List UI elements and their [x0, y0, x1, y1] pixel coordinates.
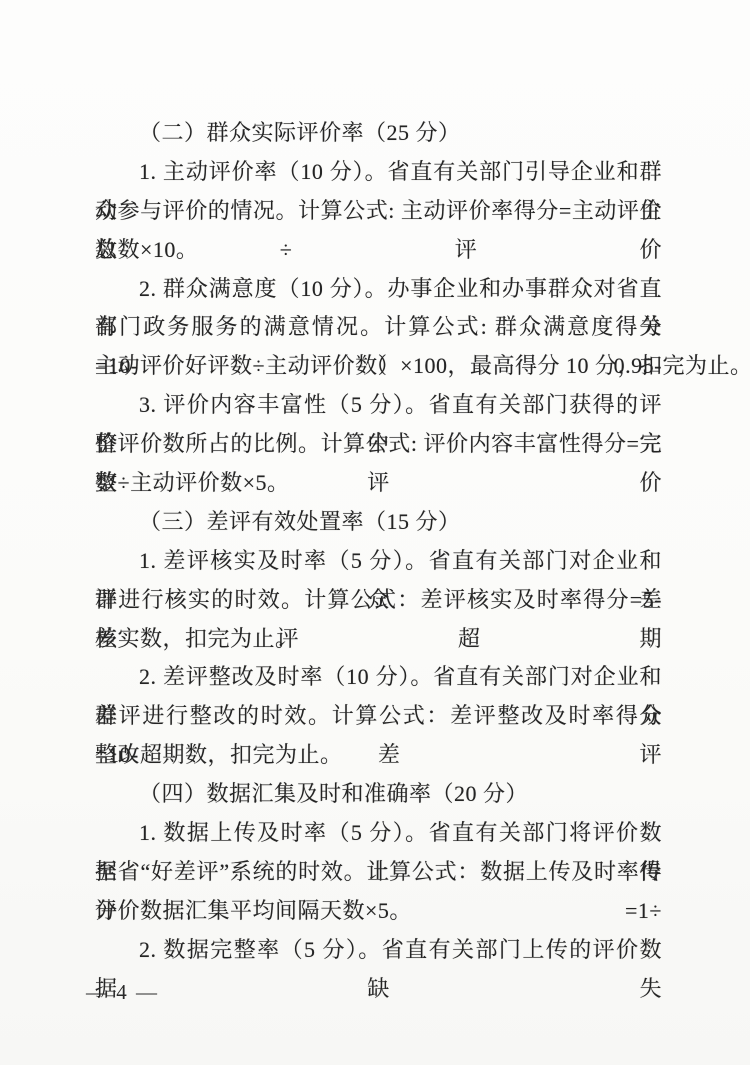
item-1-active-evaluation-rate-line-1: 1. 主动评价率（10 分）。省直有关部门引导企业和群众主 [95, 153, 662, 192]
section-4-heading: （四）数据汇集及时和准确率（20 分） [95, 775, 662, 814]
item-3-evaluation-content-richness-line-1: 3. 评价内容丰富性（5 分）。省直有关部门获得的评价中完 [95, 386, 662, 425]
item-1-active-evaluation-rate-line-2: 动参与评价的情况。计算公式: 主动评价率得分=主动评价数÷评价 [95, 192, 662, 231]
item-2-data-completeness-rate-line-1: 2. 数据完整率（5 分）。省直有关部门上传的评价数据缺失 [95, 931, 662, 970]
page-footer: — 4 — [86, 980, 159, 1005]
document-body: （二）群众实际评价率（25 分）1. 主动评价率（10 分）。省直有关部门引导企… [95, 114, 662, 970]
item-1-bad-review-verification-rate-line-2: 评进行核实的时效。计算公式：差评核实及时率得分=5-差评超期 [95, 581, 662, 620]
section-3-heading: （三）差评有效处置率（15 分） [95, 503, 662, 542]
item-2-bad-review-rectification-rate-line-1: 2. 差评整改及时率（10 分）。省直有关部门对企业和群众 [95, 658, 662, 697]
item-1-data-upload-timeliness-line-2: 至省“好差评”系统的时效。计算公式：数据上传及时率得分=1÷ [95, 853, 662, 892]
item-2-public-satisfaction-line-2: 部门政务服务的满意情况。计算公式: 群众满意度得分=10-（0.95- [95, 308, 662, 347]
item-2-public-satisfaction-line-1: 2. 群众满意度（10 分）。办事企业和办事群众对省直有关 [95, 270, 662, 309]
item-3-evaluation-content-richness-line-2: 整评价数所占的比例。计算公式: 评价内容丰富性得分=完整评价 [95, 425, 662, 464]
item-1-data-upload-timeliness-line-1: 1. 数据上传及时率（5 分）。省直有关部门将评价数据上传 [95, 814, 662, 853]
item-2-bad-review-rectification-rate-line-2: 差评进行整改的时效。计算公式：差评整改及时率得分=10-差评 [95, 697, 662, 736]
scanned-document-page: （二）群众实际评价率（25 分）1. 主动评价率（10 分）。省直有关部门引导企… [0, 0, 750, 1065]
item-1-bad-review-verification-rate-line-1: 1. 差评核实及时率（5 分）。省直有关部门对企业和群众差 [95, 542, 662, 581]
section-2-heading: （二）群众实际评价率（25 分） [95, 114, 662, 153]
page-number: — 4 — [86, 980, 159, 1004]
item-2-public-satisfaction-line-3: 主动评价好评数÷主动评价数）×100，最高得分 10 分，扣完为止。 [95, 347, 662, 386]
